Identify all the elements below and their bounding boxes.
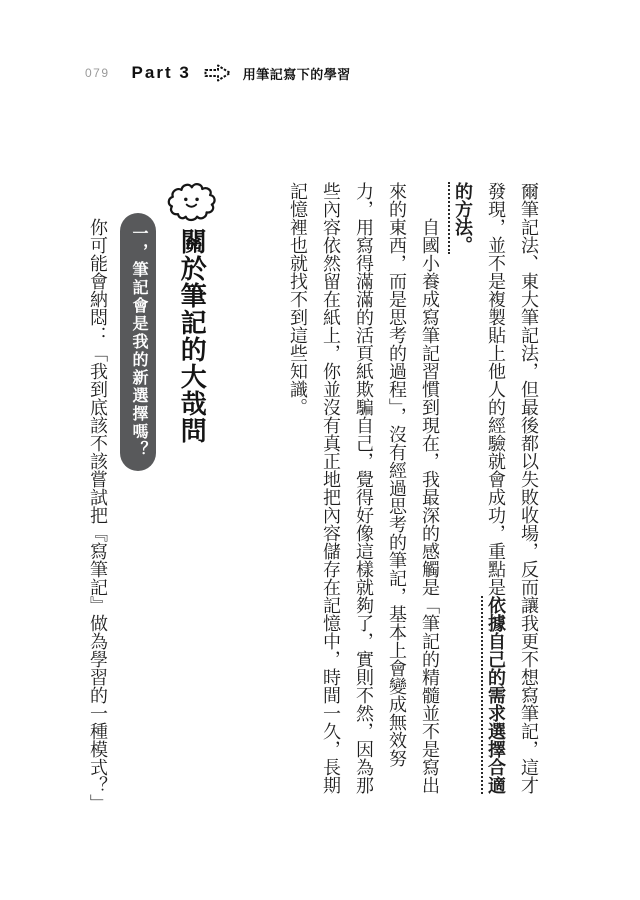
subsection-title: 一，筆記會是我的新選擇嗎？ xyxy=(120,213,156,471)
cloud-smiley-icon xyxy=(165,179,217,225)
section-heading: 關於筆記的大哉問 xyxy=(177,228,206,444)
page-header: 079 Part 3 用筆記寫下的學習 xyxy=(85,60,351,86)
right-arrow-icon xyxy=(203,63,233,83)
part-label: Part 3 xyxy=(132,63,191,83)
subsection-pill: 一，筆記會是我的新選擇嗎？ xyxy=(120,213,156,471)
book-page: 079 Part 3 用筆記寫下的學習 爾筆記法、東大筆記法，但最後都以失敗收場… xyxy=(0,0,640,900)
question-paragraph: 你可能會納悶：「我到底該不該嘗試把『寫筆記』做為學習的一種模式？」 xyxy=(80,182,116,854)
paragraph-continuation: 爾筆記法、東大筆記法，但最後都以失敗收場，反而讓我更不想寫筆記，這才發現，並不是… xyxy=(446,182,545,798)
paragraph: 自國小養成寫筆記習慣到現在，我最深的感觸是「筆記的精髓並不是寫出來的東西，而是思… xyxy=(281,182,446,798)
chapter-title: 用筆記寫下的學習 xyxy=(243,64,351,83)
body-text: 爾筆記法、東大筆記法，但最後都以失敗收場，反而讓我更不想寫筆記，這才發現，並不是… xyxy=(281,182,545,798)
page-number: 079 xyxy=(85,66,110,80)
section-heading-group: 關於筆記的大哉問 xyxy=(162,179,220,444)
